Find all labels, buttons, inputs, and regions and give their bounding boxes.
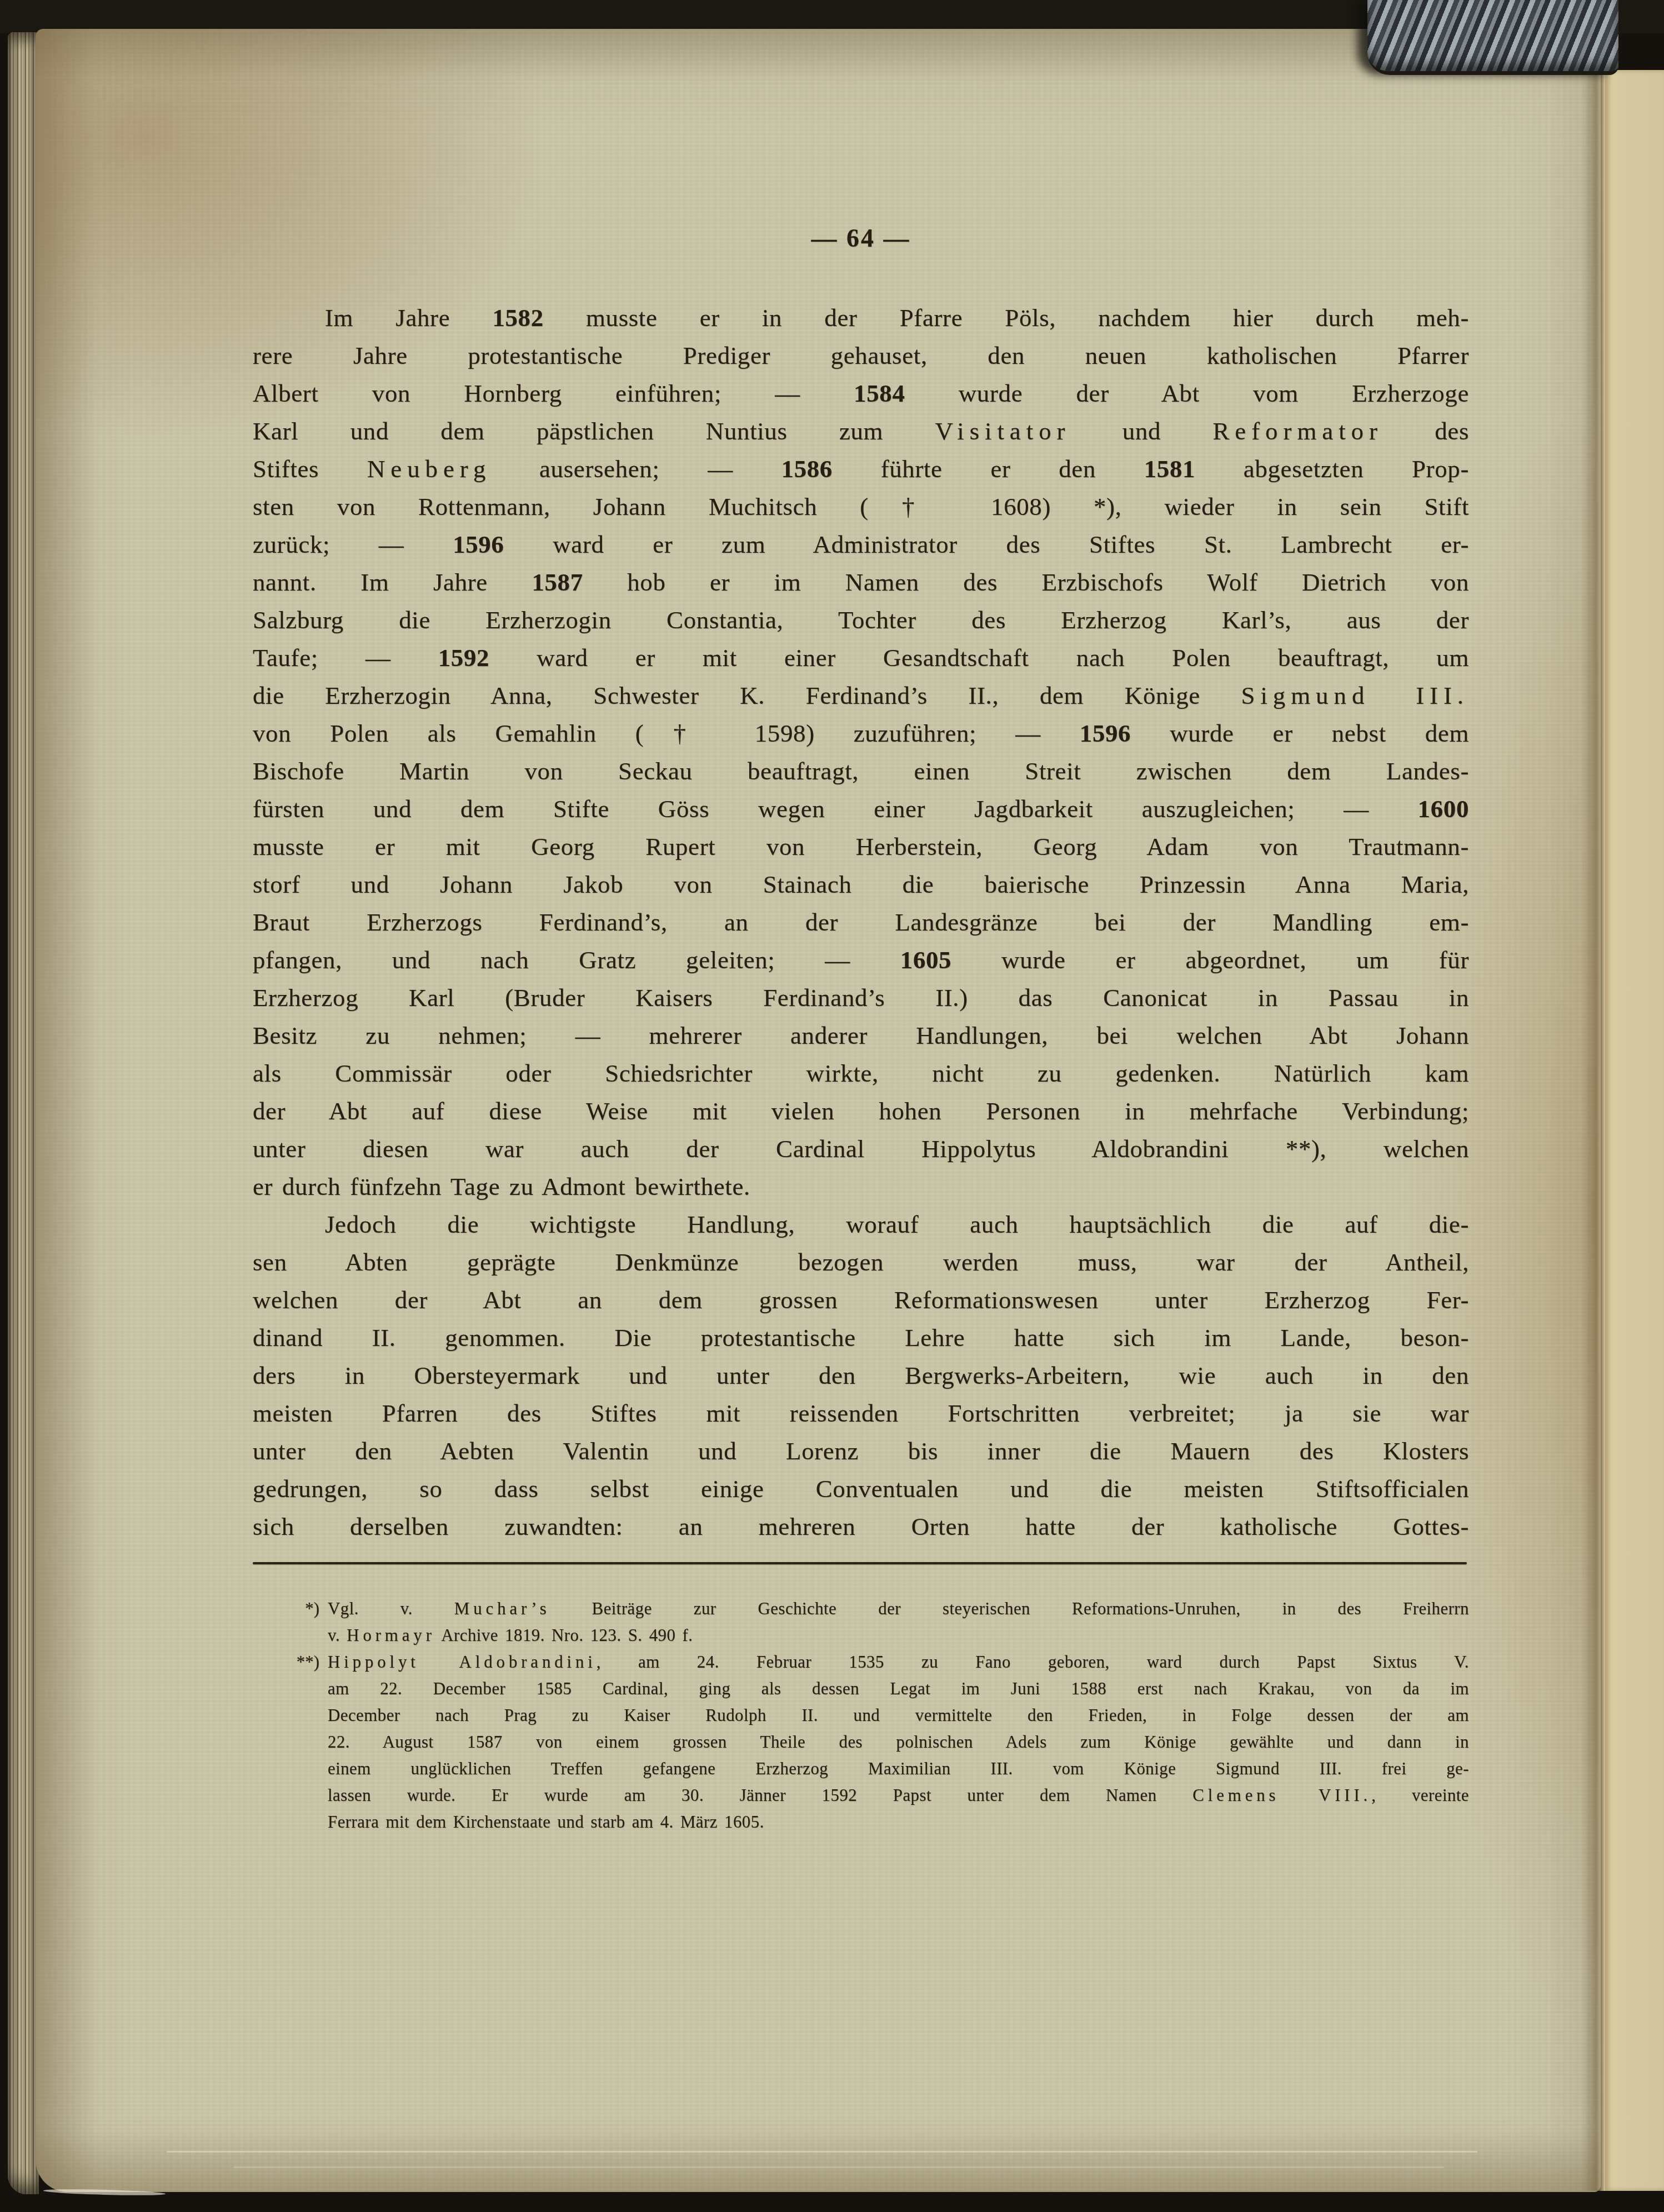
text-segment: 1584 bbox=[854, 379, 905, 407]
text-segment: gedrungen, so dass selbst einige Convent… bbox=[253, 1475, 1469, 1503]
text-segment: 1587 bbox=[532, 568, 583, 596]
text-segment: meisten Pfarren des Stiftes mit reissend… bbox=[253, 1399, 1469, 1427]
text-segment: 1605 bbox=[900, 946, 951, 974]
scan-background: — 64 — Im Jahre 1582 musste er in der Pf… bbox=[0, 0, 1664, 2212]
text-line: Hippolyt Aldobrandini, am 24. Februar 15… bbox=[328, 1649, 1469, 1675]
text-line: er durch fünfzehn Tage zu Admont bewirth… bbox=[253, 1168, 1469, 1205]
text-segment: wurde der Abt vom Erzherzoge bbox=[905, 379, 1469, 407]
text-segment: die Erzherzogin Anna, Schwester K. Ferdi… bbox=[253, 682, 1241, 709]
text-segment: rere Jahre protestantische Prediger geha… bbox=[253, 342, 1469, 369]
text-line: am 22. December 1585 Cardinal, ging als … bbox=[328, 1675, 1469, 1702]
text-segment: sten von Rottenmann, Johann Muchitsch (†… bbox=[253, 493, 1469, 521]
text-segment: Hippolyt Aldobrandini bbox=[328, 1652, 597, 1671]
text-segment: Hormayr bbox=[347, 1625, 435, 1645]
text-segment: führte er den bbox=[833, 455, 1144, 483]
text-line: ders in Obersteyermark und unter den Ber… bbox=[253, 1357, 1469, 1394]
text-segment: dinand II. genommen. Die protestantische… bbox=[253, 1324, 1469, 1352]
text-segment: Clemens VIII. bbox=[1192, 1785, 1371, 1805]
text-segment: des bbox=[1383, 417, 1469, 445]
paragraph: Jedoch die wichtigste Handlung, worauf a… bbox=[253, 1205, 1469, 1545]
text-segment: wurde er abgeordnet, um für bbox=[951, 946, 1469, 974]
text-segment: sen Abten geprägte Denkmünze bezogen wer… bbox=[253, 1248, 1469, 1276]
text-line: nannt. Im Jahre 1587 hob er im Namen des… bbox=[253, 563, 1469, 601]
text-line: einem unglücklichen Treffen gefangene Er… bbox=[328, 1755, 1469, 1782]
text-line: als Commissär oder Schiedsrichter wirkte… bbox=[253, 1054, 1469, 1092]
printed-content: — 64 — Im Jahre 1582 musste er in der Pf… bbox=[0, 0, 1664, 2212]
text-line: von Polen als Gemahlin († 1598) zuzuführ… bbox=[253, 714, 1469, 752]
text-segment: ausersehen; — bbox=[491, 455, 781, 483]
text-segment: , am 24. Februar 1535 zu Fano geboren, w… bbox=[597, 1652, 1469, 1671]
text-segment: Bischofe Martin von Seckau beauftragt, e… bbox=[253, 757, 1469, 785]
text-line: Salzburg die Erzherzogin Constantia, Toc… bbox=[253, 601, 1469, 639]
footnotes: *)Vgl. v. Muchar’s Beiträge zur Geschich… bbox=[253, 1595, 1469, 1835]
text-line: Braut Erzherzogs Ferdinand’s, an der Lan… bbox=[253, 903, 1469, 941]
text-line: rere Jahre protestantische Prediger geha… bbox=[253, 337, 1469, 374]
text-segment: 1586 bbox=[781, 455, 833, 483]
footnote: **)Hippolyt Aldobrandini, am 24. Februar… bbox=[253, 1649, 1469, 1835]
text-segment: Taufe; — bbox=[253, 644, 438, 672]
text-line: welchen der Abt an dem grossen Reformati… bbox=[253, 1281, 1469, 1319]
text-line: storf und Johann Jakob von Stainach die … bbox=[253, 865, 1469, 903]
text-line: sich derselben zuwandten: an mehreren Or… bbox=[253, 1508, 1469, 1545]
text-line: die Erzherzogin Anna, Schwester K. Ferdi… bbox=[253, 677, 1469, 714]
text-segment: von Polen als Gemahlin († 1598) zuzuführ… bbox=[253, 719, 1080, 747]
text-line: sten von Rottenmann, Johann Muchitsch (†… bbox=[253, 488, 1469, 526]
text-segment: Erzherzog Karl (Bruder Kaisers Ferdinand… bbox=[253, 984, 1469, 1012]
text-segment: ward er mit einer Gesandtschaft nach Pol… bbox=[489, 644, 1469, 672]
text-line: gedrungen, so dass selbst einige Convent… bbox=[253, 1470, 1469, 1508]
text-segment: Albert von Hornberg einführen; — bbox=[253, 379, 854, 407]
footnote-marker: *) bbox=[253, 1595, 319, 1622]
footnote-marker: **) bbox=[253, 1649, 319, 1675]
text-segment: Reformator bbox=[1212, 417, 1382, 445]
text-segment: am 22. December 1585 Cardinal, ging als … bbox=[328, 1679, 1469, 1698]
text-line: der Abt auf diese Weise mit vielen hohen… bbox=[253, 1092, 1469, 1130]
text-segment: zurück; — bbox=[253, 531, 453, 558]
text-segment: der Abt auf diese Weise mit vielen hohen… bbox=[253, 1097, 1469, 1125]
page-number: — 64 — bbox=[253, 223, 1469, 253]
footnote: *)Vgl. v. Muchar’s Beiträge zur Geschich… bbox=[253, 1595, 1469, 1649]
text-line: Stiftes Neuberg ausersehen; — 1586 führt… bbox=[253, 450, 1469, 488]
text-segment: musste er in der Pfarre Pöls, nachdem hi… bbox=[544, 304, 1469, 332]
text-line: dinand II. genommen. Die protestantische… bbox=[253, 1319, 1469, 1357]
text-segment: 1596 bbox=[453, 531, 504, 558]
text-segment: wurde er nebst dem bbox=[1131, 719, 1469, 747]
text-line: December nach Prag zu Kaiser Rudolph II.… bbox=[328, 1702, 1469, 1729]
text-line: Taufe; — 1592 ward er mit einer Gesandts… bbox=[253, 639, 1469, 677]
text-line: Vgl. v. Muchar’s Beiträge zur Geschichte… bbox=[328, 1595, 1469, 1622]
text-segment: Sigmund III. bbox=[1241, 682, 1469, 709]
text-segment: musste er mit Georg Rupert von Herberste… bbox=[253, 833, 1469, 860]
text-segment: Salzburg die Erzherzogin Constantia, Toc… bbox=[253, 606, 1469, 634]
text-segment: 22. August 1587 von einem grossen Theile… bbox=[328, 1732, 1469, 1751]
text-segment: 1600 bbox=[1418, 795, 1469, 823]
text-segment: Beiträge zur Geschichte der steyerischen… bbox=[550, 1599, 1469, 1618]
text-line: v. Hormayr Archive 1819. Nro. 123. S. 49… bbox=[328, 1622, 1469, 1649]
text-segment: als Commissär oder Schiedsrichter wirkte… bbox=[253, 1059, 1469, 1087]
text-segment: pfangen, und nach Gratz geleiten; — bbox=[253, 946, 900, 974]
main-text: Im Jahre 1582 musste er in der Pfarre Pö… bbox=[253, 299, 1469, 1545]
text-line: Erzherzog Karl (Bruder Kaisers Ferdinand… bbox=[253, 979, 1469, 1017]
text-segment: lassen wurde. Er wurde am 30. Jänner 159… bbox=[328, 1785, 1192, 1805]
text-segment: fürsten und dem Stifte Göss wegen einer … bbox=[253, 795, 1418, 823]
text-segment: sich derselben zuwandten: an mehreren Or… bbox=[253, 1513, 1469, 1540]
text-segment: Visitator bbox=[935, 417, 1071, 445]
text-segment: nannt. Im Jahre bbox=[253, 568, 532, 596]
text-segment: Im Jahre bbox=[325, 304, 492, 332]
text-line: Im Jahre 1582 musste er in der Pfarre Pö… bbox=[253, 299, 1469, 337]
text-segment: hob er im Namen des Erzbischofs Wolf Die… bbox=[583, 568, 1469, 596]
text-segment: Karl und dem päpstlichen Nuntius zum bbox=[253, 417, 935, 445]
text-line: unter diesen war auch der Cardinal Hippo… bbox=[253, 1130, 1469, 1168]
text-segment: unter diesen war auch der Cardinal Hippo… bbox=[253, 1135, 1469, 1163]
text-line: Bischofe Martin von Seckau beauftragt, e… bbox=[253, 752, 1469, 790]
text-line: lassen wurde. Er wurde am 30. Jänner 159… bbox=[328, 1782, 1469, 1809]
text-segment: storf und Johann Jakob von Stainach die … bbox=[253, 870, 1469, 898]
text-segment: 1582 bbox=[492, 304, 543, 332]
text-segment: December nach Prag zu Kaiser Rudolph II.… bbox=[328, 1705, 1469, 1725]
text-line: 22. August 1587 von einem grossen Theile… bbox=[328, 1729, 1469, 1755]
text-segment: Neuberg bbox=[367, 455, 491, 483]
text-segment: welchen der Abt an dem grossen Reformati… bbox=[253, 1286, 1469, 1314]
text-segment: Jedoch die wichtigste Handlung, worauf a… bbox=[325, 1210, 1469, 1238]
text-segment: Vgl. v. bbox=[328, 1599, 454, 1618]
text-segment: 1596 bbox=[1080, 719, 1131, 747]
text-line: sen Abten geprägte Denkmünze bezogen wer… bbox=[253, 1243, 1469, 1281]
text-segment: abgesetzten Prop- bbox=[1195, 455, 1469, 483]
text-line: zurück; — 1596 ward er zum Administrator… bbox=[253, 526, 1469, 563]
text-segment: 1592 bbox=[438, 644, 489, 672]
text-line: unter den Aebten Valentin und Lorenz bis… bbox=[253, 1432, 1469, 1470]
text-line: musste er mit Georg Rupert von Herberste… bbox=[253, 828, 1469, 865]
text-segment: einem unglücklichen Treffen gefangene Er… bbox=[328, 1759, 1469, 1778]
text-segment: Ferrara mit dem Kirchenstaate und starb … bbox=[328, 1812, 764, 1831]
text-segment: v. bbox=[328, 1625, 347, 1645]
text-line: Albert von Hornberg einführen; — 1584 wu… bbox=[253, 374, 1469, 412]
footnote-rule bbox=[253, 1562, 1467, 1564]
text-segment: Braut Erzherzogs Ferdinand’s, an der Lan… bbox=[253, 908, 1469, 936]
text-segment: Muchar’s bbox=[454, 1599, 550, 1618]
text-line: meisten Pfarren des Stiftes mit reissend… bbox=[253, 1394, 1469, 1432]
text-segment: Besitz zu nehmen; — mehrerer anderer Han… bbox=[253, 1022, 1469, 1049]
text-line: pfangen, und nach Gratz geleiten; — 1605… bbox=[253, 941, 1469, 979]
text-segment: unter den Aebten Valentin und Lorenz bis… bbox=[253, 1437, 1469, 1465]
text-segment: , vereinte bbox=[1371, 1785, 1469, 1805]
text-line: Besitz zu nehmen; — mehrerer anderer Han… bbox=[253, 1017, 1469, 1054]
text-segment: ward er zum Administrator des Stiftes St… bbox=[504, 531, 1469, 558]
text-segment: ders in Obersteyermark und unter den Ber… bbox=[253, 1362, 1469, 1389]
text-segment: Stiftes bbox=[253, 455, 367, 483]
text-segment: er durch fünfzehn Tage zu Admont bewirth… bbox=[253, 1173, 750, 1200]
text-line: fürsten und dem Stifte Göss wegen einer … bbox=[253, 790, 1469, 828]
text-segment: und bbox=[1070, 417, 1212, 445]
text-segment: Archive 1819. Nro. 123. S. 490 f. bbox=[435, 1625, 693, 1645]
text-line: Jedoch die wichtigste Handlung, worauf a… bbox=[253, 1205, 1469, 1243]
text-line: Karl und dem päpstlichen Nuntius zum Vis… bbox=[253, 412, 1469, 450]
paragraph: Im Jahre 1582 musste er in der Pfarre Pö… bbox=[253, 299, 1469, 1205]
text-segment: 1581 bbox=[1144, 455, 1195, 483]
text-line: Ferrara mit dem Kirchenstaate und starb … bbox=[328, 1809, 1469, 1835]
